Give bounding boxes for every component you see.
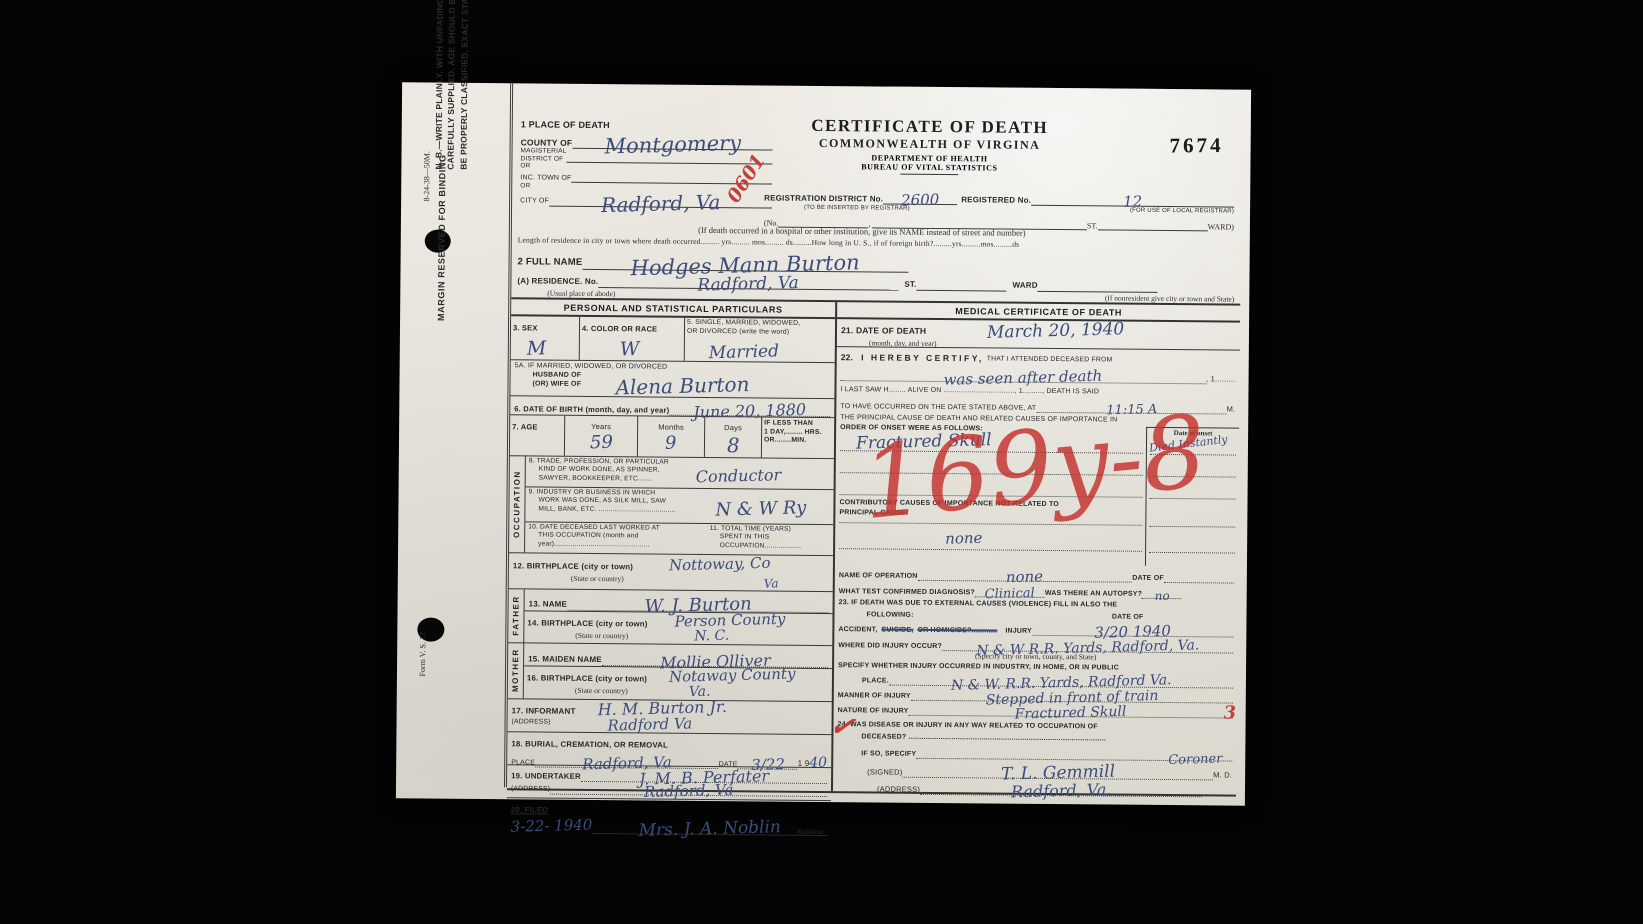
certificate-form: 1 PLACE OF DEATH COUNTY OF Montgomery MA… — [504, 83, 1242, 793]
certify-suffix: , 1......... — [1206, 374, 1236, 384]
race-value: W — [620, 340, 640, 360]
street-ward-label: WARD) — [1208, 222, 1234, 231]
birthplace-sub: (State or country) — [571, 574, 829, 585]
age-days-value: 8 — [726, 435, 739, 455]
mother-name-label: 15. MAIDEN NAME — [528, 655, 602, 666]
filed-registrar-value: Mrs. J. A. Noblin — [638, 819, 781, 840]
signed-title-value: Coroner — [1168, 753, 1222, 767]
race-label: 4. COLOR OR RACE — [582, 324, 657, 334]
father-name-label: 13. NAME — [529, 600, 568, 611]
father-birthplace-value: Person County — [674, 611, 785, 629]
trade-value: Conductor — [696, 467, 782, 485]
industry-value: N & W Ry — [715, 499, 806, 519]
personal-particulars-column: PERSONAL AND STATISTICAL PARTICULARS 3. … — [507, 299, 837, 791]
residence-label: (A) RESIDENCE. No. — [517, 277, 598, 288]
father-birthplace-value-2: N. C. — [694, 628, 729, 643]
suicide-label-struck: SUICIDE, — [881, 625, 913, 634]
residence-st-label: ST. — [904, 280, 916, 290]
autopsy-label: WAS THERE AN AUTOPSY? — [1045, 589, 1142, 599]
registered-no-label: REGISTERED No. — [961, 195, 1031, 206]
birthplace-label: 12. BIRTHPLACE (city or town) — [513, 561, 633, 571]
marital-label-2: OR DIVORCED (write the word) — [687, 327, 833, 337]
abode-note: (Usual place of abode) — [547, 288, 615, 298]
dob-label: 6. DATE OF BIRTH (month, day, and year) — [514, 404, 669, 415]
address-value: Radford, Va. — [1011, 782, 1112, 801]
accident-label: ACCIDENT, — [838, 625, 877, 634]
commonwealth-subtitle: COMMONWEALTH OF VIRGINA — [765, 135, 1095, 153]
age-less-label-1: IF LESS THAN — [764, 419, 832, 428]
magisterial-label-2: DISTRICT OF — [520, 155, 566, 163]
date-of-death-value: March 20, 1940 — [987, 321, 1125, 342]
sex-label: 3. SEX — [513, 323, 538, 332]
age-days-label: Days — [724, 423, 742, 432]
city-value: Radford, Va — [601, 192, 721, 215]
informant-label: 17. INFORMANT — [512, 706, 576, 716]
registrar-label: Registrar. — [797, 828, 824, 836]
margin-form-number: Form V. S. 12 — [418, 596, 428, 676]
date-of-death-label: 21. DATE OF DEATH — [841, 325, 926, 336]
nonresident-note: (If nonresident give city or town and St… — [1105, 293, 1234, 303]
undertaker-address-sub: (ADDRESS) — [511, 785, 550, 794]
bureau-line: BUREAU OF VITAL STATISTICS — [764, 161, 1094, 173]
last-worked-label-3: year)...................................… — [538, 540, 704, 550]
county-label: COUNTY OF — [521, 137, 573, 148]
city-label: CITY OF — [520, 197, 549, 206]
margin-print-code: 8-24-38—50M. — [422, 109, 432, 201]
total-time-label-3: OCCUPATION.................. — [720, 542, 831, 552]
bureau-underline — [900, 174, 958, 176]
birthplace-value: Nottoway, Co — [669, 556, 771, 574]
burial-label: 18. BURIAL, CREMATION, OR REMOVAL — [511, 739, 668, 749]
specify-place-label-2: PLACE. — [862, 676, 889, 685]
certify-value: was seen after death — [944, 368, 1103, 387]
age-months-value: 9 — [665, 434, 677, 452]
residence-ward-label: WARD — [1012, 281, 1037, 292]
red-cause-code-annotation: 169y-8 — [858, 401, 1211, 534]
certify-number: 22. — [841, 352, 854, 363]
injury-date-label-2: INJURY — [1005, 627, 1032, 636]
test-value: Clinical — [985, 587, 1035, 601]
time-suffix: M. — [1227, 405, 1236, 415]
mother-birthplace-label: 16. BIRTHPLACE (city or town) — [527, 673, 647, 683]
undertaker-label: 19. UNDERTAKER — [511, 771, 581, 782]
test-label: WHAT TEST CONFIRMED DIAGNOSIS? — [839, 587, 975, 597]
medical-certificate-column: MEDICAL CERTIFICATE OF DEATH 21. DATE OF… — [833, 302, 1240, 794]
father-tab: FATHER — [508, 589, 524, 642]
full-name-label: 2 FULL NAME — [518, 257, 583, 270]
filed-label: 20. FILED — [511, 805, 548, 814]
age-less-label-3: OR........MIN. — [764, 437, 832, 446]
age-years-label: Years — [591, 422, 611, 431]
death-certificate-scan: 8-24-38—50M. MARGIN RESERVED FOR BINDING… — [396, 82, 1251, 805]
operation-date-label: DATE OF — [1132, 574, 1164, 583]
certificate-title: CERTIFICATE OF DEATH — [765, 115, 1095, 138]
form-columns: PERSONAL AND STATISTICAL PARTICULARS 3. … — [507, 297, 1240, 796]
if-so-specify-label: IF SO, SPECIFY — [861, 749, 916, 759]
mother-birthplace-value: Notaway County — [669, 666, 796, 684]
age-label: 7. AGE — [512, 422, 538, 431]
form-header: 1 PLACE OF DEATH COUNTY OF Montgomery MA… — [512, 83, 1242, 239]
injury-date-label-1: DATE OF — [1112, 612, 1144, 621]
occupation-tab: OCCUPATION — [509, 456, 526, 552]
md-label: M. D. — [1213, 771, 1232, 781]
margin-nb-note: N. B.—WRITE PLAINLY, WITH UNFADING INK (… — [432, 0, 475, 170]
marital-value: Married — [709, 343, 780, 362]
mother-tab: MOTHER — [508, 643, 524, 698]
undertaker-value-2: Radford, Va — [644, 782, 734, 799]
external-following-label: FOLLOWING: — [866, 610, 913, 620]
certificate-number-stamp: 7674 — [1170, 133, 1224, 158]
magisterial-label-1: MAGISTERIAL — [521, 148, 567, 156]
birthplace-value-2: Va — [764, 577, 779, 589]
filed-date-value: 3-22- 1940 — [510, 817, 592, 834]
binding-margin: 8-24-38—50M. MARGIN RESERVED FOR BINDING… — [396, 82, 510, 799]
signed-label: (SIGNED) — [867, 768, 902, 778]
inc-town-label: INC. TOWN OF — [520, 173, 571, 183]
cause-of-death-area: ORDER OF ONSET WERE AS FOLLOWS: Fracture… — [835, 422, 1239, 566]
autopsy-value: no — [1155, 590, 1170, 602]
informant-value-2: Radford Va — [607, 716, 692, 733]
sex-value: M — [527, 339, 547, 359]
trade-label-3: SAWYER, BOOKKEEPER, ETC....... — [539, 474, 831, 485]
age-months-label: Months — [658, 422, 684, 431]
age-years-value: 59 — [589, 434, 612, 453]
where-injury-label: WHERE DID INJURY OCCUR? — [838, 641, 942, 651]
address-label: (ADDRESS) — [877, 785, 920, 795]
spouse-value: Alena Burton — [615, 374, 749, 397]
father-birthplace-label: 14. BIRTHPLACE (city or town) — [527, 618, 647, 628]
